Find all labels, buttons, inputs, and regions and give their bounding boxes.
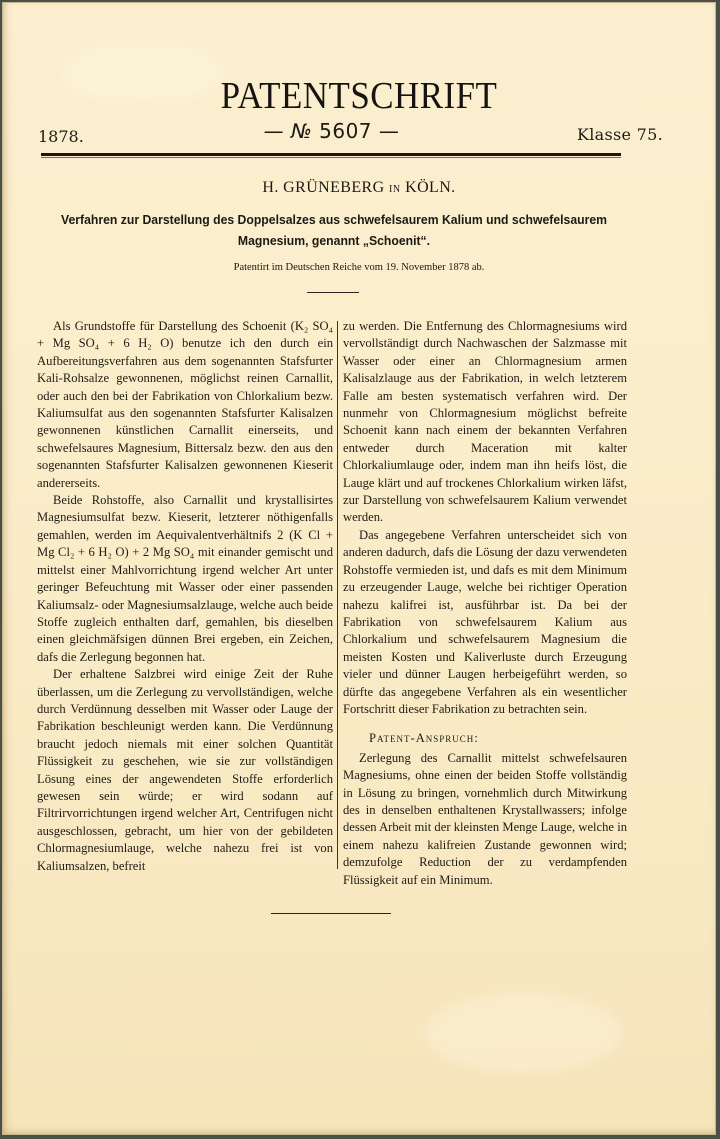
- patent-page: PATENTSCHRIFT 1878. — № 5607 — Klasse 75…: [2, 2, 716, 1135]
- patent-subtitle: Verfahren zur Darstellung des Doppelsalz…: [51, 209, 617, 251]
- header-double-rule: [41, 153, 621, 158]
- body-paragraph: Das angegebene Verfahren unterscheidet s…: [343, 527, 627, 718]
- body-paragraph: Der erhaltene Salzbrei wird einige Zeit …: [37, 666, 333, 875]
- author-in: IN: [389, 184, 401, 195]
- right-column: zu werden. Die Entfernung des Chlormagne…: [343, 318, 627, 889]
- author-name: H. GRÜNEBERG: [262, 179, 384, 196]
- numero-sign: №: [291, 119, 312, 143]
- body-paragraph: Beide Rohstoffe, also Carnallit und krys…: [37, 492, 333, 666]
- document-title: PATENTSCHRIFT: [31, 74, 686, 118]
- patent-author: H. GRÜNEBERG IN KÖLN.: [3, 179, 715, 197]
- left-column: Als Grundstoffe für Darstellung des Scho…: [37, 318, 333, 875]
- author-city: KÖLN.: [405, 179, 455, 196]
- body-paragraph-continued: zu werden. Die Entfernung des Chlormagne…: [343, 318, 627, 527]
- document-meta-row: 1878. — № 5607 — Klasse 75.: [38, 119, 625, 149]
- paper-stain: [423, 993, 623, 1073]
- body-paragraph: Als Grundstoffe für Darstellung des Scho…: [37, 318, 333, 492]
- number-dash-right: —: [379, 119, 400, 143]
- number-dash-left: —: [264, 119, 285, 143]
- number-value: 5607: [319, 119, 372, 143]
- end-rule: [271, 913, 391, 914]
- patent-class: Klasse 75.: [577, 125, 663, 144]
- section-divider: [307, 292, 359, 293]
- claim-text: Zerlegung des Carnallit mittelst schwefe…: [343, 750, 627, 889]
- column-divider: [337, 321, 338, 869]
- patent-number: — № 5607 —: [38, 119, 625, 143]
- patent-date: Patentirt im Deutschen Reiche vom 19. No…: [3, 262, 715, 273]
- claim-heading: Patent-Anspruch:: [343, 730, 627, 747]
